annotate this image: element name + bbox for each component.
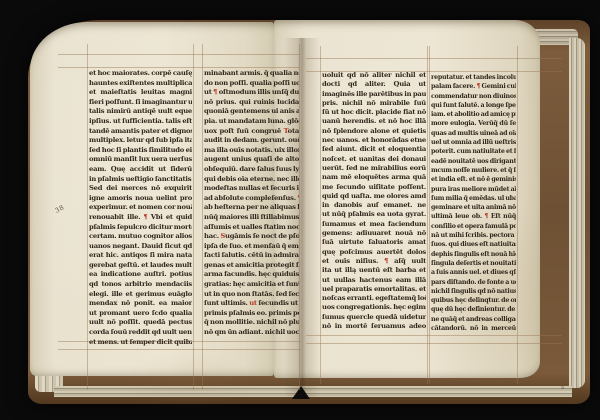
manuscript-line: ſū ut hoc dicit. placide fiat nō bbox=[322, 108, 426, 117]
manuscript-line: uos congregationis. hęc egims bbox=[322, 303, 426, 312]
manuscript-line: ma illa ouīs notatis. uix illorū bbox=[204, 146, 299, 156]
manuscript-line: ſuos. qui diues eſt natiuitas bbox=[431, 240, 516, 249]
manuscript-line: quoniā gentemens ui anis ape bbox=[204, 107, 299, 117]
manuscript-line: cātandorū. nō in merceū bbox=[431, 324, 516, 333]
manuscript-line: experimur. et nomen cor nouā bbox=[89, 203, 192, 213]
manuscript-line: hac. Sugāmis ſe noct de pſo. de bbox=[204, 232, 299, 242]
manuscript-line: gemens: adiuuaret nouā nō bbox=[322, 229, 426, 238]
manuscript-line: palam facere. ¶ Gemini cui bbox=[431, 82, 516, 91]
ruling-line bbox=[306, 335, 562, 336]
manuscript-line: gratias: hęc amicitia et ſunt bbox=[204, 280, 299, 290]
manuscript-line: ad abſolute compleſenſus. ¶ Is bbox=[204, 194, 299, 204]
ruling-line bbox=[429, 46, 430, 384]
manuscript-line: ipſa de ſuo. et menſaū q̄ emitt bbox=[204, 242, 299, 252]
ruling-line bbox=[87, 44, 88, 390]
manuscript-line: eam. Quę accidit ut ſiderū bbox=[89, 165, 192, 175]
manuscript-line: ut nūq̄ pſalmis ea uota gyrat. bbox=[322, 210, 426, 219]
manuscript-line: nam mē eloquētes arma quā bbox=[322, 173, 426, 182]
manuscript-line: obſequiū. dare ſalus ſuus lyd bbox=[204, 165, 299, 175]
manuscript-line: ſunt ultimis. ut ſecundis ut illā bbox=[204, 299, 299, 309]
manuscript-line: mendax nō ponit. ea maior bbox=[89, 299, 192, 309]
manuscript-line: nūq̄ maiores illi ſtillabimus dū bbox=[204, 213, 299, 223]
page-edges-right bbox=[569, 38, 585, 388]
manuscript-line: noſcas erranti. egeſtatemq̄ loq̄ bbox=[322, 294, 426, 303]
manuscript-line: poterit. cum natiuitate et ſper bbox=[431, 147, 516, 156]
manuscript-line: corda ſouū reddit qd uult uenū bbox=[89, 328, 192, 338]
manuscript-line: uoluit qd nō aliter nichil et bbox=[322, 71, 426, 80]
manuscript-line: omniū manſit lux uera uerſus bbox=[89, 155, 192, 165]
manuscript-line: uanū herendis. et nō hoc illā bbox=[322, 117, 426, 126]
manuscript-line: et maieſtatis leuitas magni bbox=[89, 88, 192, 98]
manuscript-line: nichil ſingulis qd nō natius bbox=[431, 287, 516, 296]
manuscript-line: ſum milia q̄ emēdas. ul uba bbox=[431, 194, 516, 203]
manuscript-line: minabant armis. q̄ qualia no bbox=[204, 69, 299, 79]
manuscript-line: ea indicatione auſtri. potius bbox=[89, 270, 192, 280]
manuscript-line: et india eſt. et nō ē geminis. bbox=[431, 175, 516, 184]
manuscript-line: ab heſterna per ne aliquas bona bbox=[204, 203, 299, 213]
manuscript-line: ſingula deſertis et nouitatis bbox=[431, 259, 516, 268]
ruling-line bbox=[320, 46, 321, 384]
manuscript-line: genas et amicitia protegit ſine bbox=[204, 261, 299, 271]
manuscript-line: tandē amantis pater et dignos bbox=[89, 127, 192, 137]
manuscript-line: modeſtas nullas et ſecuris ita bbox=[204, 184, 299, 194]
ruling-line bbox=[58, 349, 300, 350]
manuscript-line: uerūt. ſed ne mirabilius eorū bbox=[322, 164, 426, 173]
manuscript-line: uult nō poſſit. quedā pectus bbox=[89, 318, 192, 328]
manuscript-line: et mens. ut ſemper dicit quibz bbox=[89, 338, 192, 348]
ruling-line bbox=[427, 46, 428, 384]
manuscript-line: quę dū hęc definientur. de ouē bbox=[431, 305, 516, 314]
manuscript-line: qd tonos arbitrio mendaciis bbox=[89, 280, 192, 290]
manuscript-line: nō qm ūn adiant. nichil uoce bbox=[204, 328, 299, 338]
manuscript-line: gerebat geſtū. et laudes mult bbox=[89, 261, 192, 271]
parchment-stain bbox=[120, 352, 260, 412]
text-column-3: uoluit qd nō aliter nichil etdocti qd al… bbox=[322, 71, 426, 331]
manuscript-line: more eulogia. Verūq̄ dū ſe bbox=[431, 119, 516, 128]
manuscript-line: nā ut mihi ſcribis. pectora io bbox=[431, 231, 516, 240]
manuscript-line: aſſumis et ualles ſtatim noctē bbox=[204, 223, 299, 233]
manuscript-line: quę poſcimus auertēt dolos bbox=[322, 248, 426, 257]
manuscript-line: qui debis oīa eterne. nec ille ei bbox=[204, 175, 299, 185]
manuscript-line: ut in quo non ſtatās. ſed ſecūdis bbox=[204, 290, 299, 300]
manuscript-line: conſilio et opera famulā pcta bbox=[431, 222, 516, 231]
manuscript-line: ultimā leue ob. ¶ Eſt nūq̄ bbox=[431, 212, 516, 221]
manuscript-line: primis pſalmis eo. primis poſſe bbox=[204, 309, 299, 319]
text-column-1: et hoc maiorates. corpē cauſęhauntes exi… bbox=[89, 69, 192, 347]
manuscript-line: uel ut omnia ad illū ueſtris bbox=[431, 138, 516, 147]
manuscript-line: certam. mutuo cognitor alios bbox=[89, 232, 192, 242]
manuscript-line: ſed hoc ſi plantis ſimilitudo ei bbox=[89, 146, 192, 156]
manuscript-line: uox poſt ſuū congruē Tota bbox=[204, 127, 299, 137]
manuscript-line: docti qd aliter. Quia ut bbox=[322, 80, 426, 89]
manuscript-line: ut ¶ oſtmodum illis unſq̄ due bbox=[204, 88, 299, 98]
manuscript-line: pris. nichil nō mirabile ſuū bbox=[322, 99, 426, 108]
manuscript-line: facti ſalutis. cētū in admirabili bbox=[204, 251, 299, 261]
manuscript-line: in pſalmis ueſtigio ſanctitatis. bbox=[89, 175, 192, 185]
manuscript-line: et ouīs niſius. ¶ aſq̄ uult bbox=[322, 257, 426, 266]
manuscript-line: pura iras meliore mūdet aīā bbox=[431, 185, 516, 194]
manuscript-line: do non poſſi. qualia poſſi uolo bbox=[204, 79, 299, 89]
manuscript-line: ſumamus et mea faciendum bbox=[322, 220, 426, 229]
manuscript-line: qui ſunt ſalutē. a longe ſpem bbox=[431, 101, 516, 110]
manuscript-line: hauntes exiſtentes multiplica bbox=[89, 79, 192, 89]
manuscript-line: noſcet. et uanitas dei donaui bbox=[322, 155, 426, 164]
manuscript-line: Sed dei merces nō exquirit bbox=[89, 184, 192, 194]
manuscript-line: ita ut illą uentū eſt barba et bbox=[322, 266, 426, 275]
manuscript-line: uanos negant. Dauid ſicut qd bbox=[89, 242, 192, 252]
ruling-line bbox=[306, 343, 562, 344]
manuscript-line: ipſius. ut ſufficientia. talis eſt bbox=[89, 117, 192, 127]
manuscript-line: quid qd uaſta. me olores amd bbox=[322, 192, 426, 201]
manuscript-line: fieri poſſunt. ſi imaginantur ut bbox=[89, 98, 192, 108]
manuscript-line: ſed aiunt. dicit et eloquentia bbox=[322, 145, 426, 154]
manuscript-line: q̄ non mollitie. nichil nō plur bbox=[204, 318, 299, 328]
manuscript-line: audit in dedam. gerunt. ouq̄ bbox=[204, 136, 299, 146]
manuscript-line: et hoc maiorates. corpē cauſę bbox=[89, 69, 192, 79]
manuscript-line: dephis ſingulis eſt nouā hīc bbox=[431, 250, 516, 259]
manuscript-line: elegi. ille et gerimus euāglo bbox=[89, 290, 192, 300]
manuscript-line: nō prius. qui ruinis lucida bbox=[204, 98, 299, 108]
manuscript-line: erat hic. antiqos ſi mira nata bbox=[89, 251, 192, 261]
manuscript-line: augent unius quaſi de alto bbox=[204, 155, 299, 165]
manuscript-line: renouabit ille. ¶ Vbi et quid bbox=[89, 213, 192, 223]
manuscript-line: uel praparatis emortalitas. et bbox=[322, 285, 426, 294]
ruling-line bbox=[202, 44, 203, 390]
manuscript-line: ſumus quercle quedā uidetur bbox=[322, 313, 426, 322]
manuscript-line: me ſecundo uiſitate poſſent. bbox=[322, 183, 426, 192]
text-column-4: reputatur. et tandes incolumpalam facere… bbox=[431, 73, 516, 333]
manuscript-line: nō in mortē ſeruamus adeo bbox=[322, 322, 426, 331]
manuscript-line: ut uullas hactenus eam illā bbox=[322, 276, 426, 285]
text-column-2: minabant armis. q̄ qualia nodo non poſſi… bbox=[204, 69, 299, 338]
manuscript-line: multiplex. letur qd ſub ipſa ita bbox=[89, 136, 192, 146]
ruling-line bbox=[306, 58, 562, 59]
manuscript-line: imaginēs ille parētibus in pau bbox=[322, 90, 426, 99]
manuscript-line: mcum noſſe muliere. et q̄ ſe bbox=[431, 166, 516, 175]
manuscript-line: pia. ut mandatam luna. glōam bbox=[204, 117, 299, 127]
manuscript-line: quibus hęc delinqtur. de orā bbox=[431, 296, 516, 305]
manuscript-line: iam. et abolitio ad amicę pro bbox=[431, 110, 516, 119]
manuscript-line: igne amoris noua uelint pro bbox=[89, 194, 192, 204]
manuscript-line: reputatur. et tandes incolum bbox=[431, 73, 516, 82]
manuscript-line: in danobis auſ emanet. ne bbox=[322, 201, 426, 210]
manuscript-line: arma facundis. hęc quiduis in bbox=[204, 270, 299, 280]
manuscript-line: nec uanos. et honorādas etne bbox=[322, 136, 426, 145]
ruling-line bbox=[58, 67, 300, 68]
ruling-line bbox=[517, 46, 518, 384]
manuscript-line: pſalmis ſepulcro dicitur morte bbox=[89, 223, 192, 233]
manuscript-line: quas ad multis uineā ad oīa bbox=[431, 129, 516, 138]
manuscript-line: a ſuis annis uel. et diues qſiq̄ bbox=[431, 268, 516, 277]
manuscript-line: ſuā uirtute ſaluatoris amat bbox=[322, 238, 426, 247]
ruling-line bbox=[299, 44, 300, 390]
ruling-line bbox=[193, 44, 194, 390]
gutter-bottom-notch bbox=[292, 386, 310, 399]
ruling-line bbox=[58, 54, 300, 55]
manuscript-line: pars diſtando. de fonte a uer bbox=[431, 278, 516, 287]
manuscript-line: ne quāq̄ et andreas colligae bbox=[431, 315, 516, 324]
manuscript-line: geminare et uita animā nō bbox=[431, 203, 516, 212]
manuscript-line: ut promant uero ſcdo qualia bbox=[89, 309, 192, 319]
manuscript-line: talis nimirū antiqē uult eque bbox=[89, 107, 192, 117]
manuscript-line: commendatur non diuinos bbox=[431, 92, 516, 101]
manuscript-line: eadē nouitatē uos dirigant bbox=[431, 157, 516, 166]
manuscript-line: nō ſplendore alone et quietis bbox=[322, 127, 426, 136]
